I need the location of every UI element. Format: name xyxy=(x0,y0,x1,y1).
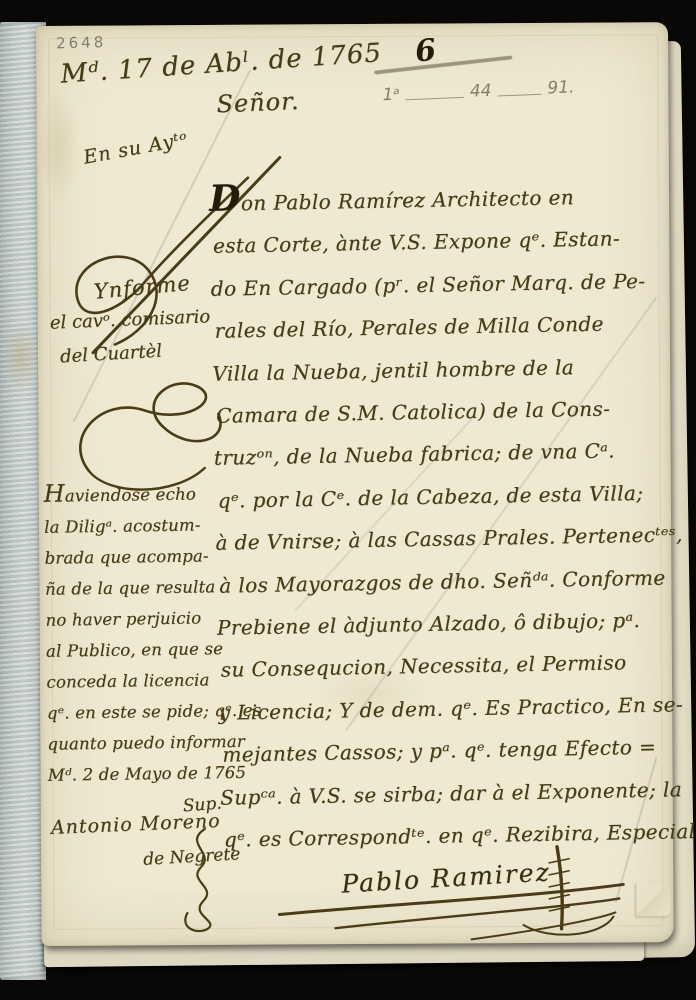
margin-heading: En su Ayᵗᵒ xyxy=(82,128,190,169)
report-line: qᵉ. en este se pide; qᵉ. es xyxy=(47,695,233,729)
manuscript-scan: 2648 Mᵈ. 17 de Abˡ. de 1765 6 1ᵃ 44 91. … xyxy=(0,0,696,1000)
report-line: brada que acompa- xyxy=(44,540,230,574)
edge-stain xyxy=(4,322,38,392)
folio-marks: 1ᵃ 44 91. xyxy=(382,77,575,105)
report-line: ña de la que resulta xyxy=(45,571,231,605)
decree-line: el cavᵒ. comisario xyxy=(49,306,210,334)
report-signature-name: Antonio Moreno xyxy=(50,810,220,839)
petitioner-signature: Pablo Ramirez xyxy=(341,857,552,898)
report-line: la Diligᵃ. acostum- xyxy=(44,509,230,543)
decree-word-informe: Ynforme xyxy=(93,271,192,304)
paper-stain xyxy=(38,86,79,206)
folio-mark-left: 1ᵃ xyxy=(382,85,400,106)
report-line: Haviendose echo xyxy=(43,476,229,512)
report-line: al Publico, en que se xyxy=(46,633,232,667)
report-line: no haver perjuicio xyxy=(45,602,231,636)
report-line: quanto puedo informar xyxy=(47,726,233,760)
salutation: Señor. xyxy=(216,87,300,118)
folio-mark-right: 91. xyxy=(547,77,575,98)
report-marginal-note: Haviendose echo la Diligᵃ. acostum- brad… xyxy=(43,476,234,791)
petition-body: Don Pablo Ramírez Architecto en esta Cor… xyxy=(209,169,689,861)
report-line: Mᵈ. 2 de Mayo de 1765 xyxy=(48,757,234,791)
folio-mark-middle: 44 xyxy=(469,81,491,102)
pencil-dash xyxy=(498,93,542,97)
archive-number: 2648 xyxy=(56,33,107,52)
petition-line: Don Pablo Ramírez Architecto en xyxy=(209,169,678,225)
pencil-dash xyxy=(406,96,464,100)
petition-line: do En Cargado (pʳ. el Señor Marq. de Pe- xyxy=(210,259,679,310)
decree-line: del Cuartèl xyxy=(59,341,162,368)
manuscript-page: 2648 Mᵈ. 17 de Abˡ. de 1765 6 1ᵃ 44 91. … xyxy=(36,22,674,946)
dog-ear-corner xyxy=(636,882,670,916)
date-annotation: Mᵈ. 17 de Abˡ. de 1765 xyxy=(60,38,383,90)
strike-line xyxy=(375,56,512,74)
report-line: conceda la licencia xyxy=(46,664,232,698)
petition-line: qᵉ. es Correspondᵗᵉ. en qᵉ. Rezibira, Es… xyxy=(224,810,690,861)
report-signature-surname: de Negrete xyxy=(143,844,241,870)
